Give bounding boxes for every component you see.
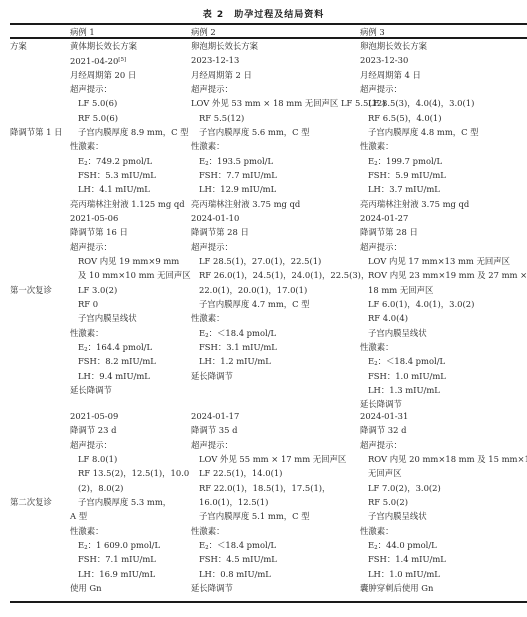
cell-line: RF 26.0(1)，24.5(1)，24.0(1)，22.5(3)， bbox=[191, 268, 369, 282]
cell-line: E2：164.4 pmol/L bbox=[70, 340, 191, 354]
cell-text: LOV 内见 17 mm×13 mm 无回声区 bbox=[368, 256, 510, 266]
cell-line: 月经周期第 2 日 bbox=[191, 68, 386, 82]
cell-line: 降调节 23 d bbox=[70, 423, 189, 437]
case1-section1: 黄体期长效长方案2021-04-20[5]月经周期第 20 日超声提示：LF 5… bbox=[70, 39, 189, 211]
cell-text: E2：＜18.4 pmol/L bbox=[199, 540, 276, 550]
cell-text: 子宫内膜呈线状 bbox=[368, 328, 427, 338]
cell-text: 超声提示： bbox=[360, 440, 402, 450]
cell-text: LH：4.1 mIU/mL bbox=[78, 184, 150, 194]
cell-text: 无回声区 bbox=[368, 468, 402, 478]
cell-line: LF 22.5(1)，14.0(1) bbox=[191, 466, 346, 480]
cell-line: 子宫内膜厚度 5.1 mm，C 型 bbox=[191, 509, 346, 523]
cell-text: E2：44.0 pmol/L bbox=[368, 540, 437, 550]
cell-line: FSH：7.7 mIU/mL bbox=[191, 168, 386, 182]
cell-text: 降调节 23 d bbox=[70, 425, 116, 435]
case1-section3: 2021-05-09降调节 23 d超声提示：LF 8.0(1)RF 13.5(… bbox=[70, 409, 189, 595]
cell-line: RF 6.5(5)，4.0(1) bbox=[360, 111, 479, 125]
cell-line: 超声提示： bbox=[191, 438, 346, 452]
row-label-visit2: 第二次复诊 bbox=[10, 495, 52, 509]
cell-line: 超声提示： bbox=[360, 438, 527, 452]
cell-line: LH：1.0 mIU/mL bbox=[360, 567, 527, 581]
cell-line: 降调节第 16 日 bbox=[70, 225, 191, 239]
cell-text: 22.0(1)，20.0(1)，17.0(1) bbox=[199, 285, 307, 295]
cell-text: 月经周期第 20 日 bbox=[70, 70, 136, 80]
cell-text: LF 3.0(2) bbox=[78, 285, 117, 295]
cell-text: LH：0.8 mIU/mL bbox=[199, 569, 271, 579]
cell-line: 月经周期第 4 日 bbox=[360, 68, 479, 82]
cell-line: 降调节第 28 日 bbox=[360, 225, 527, 239]
cell-line: 2023-12-13 bbox=[191, 53, 386, 67]
cell-line: 延长降调节 bbox=[191, 581, 346, 595]
cell-line: ROV 内见 19 mm×9 mm bbox=[70, 254, 191, 268]
cell-line: 性激素： bbox=[70, 326, 191, 340]
cell-line: LH：12.9 mIU/mL bbox=[191, 182, 386, 196]
cell-text: 2021-05-09 bbox=[70, 411, 118, 421]
cell-text: E2：199.7 pmol/L bbox=[368, 156, 442, 166]
cell-text: 囊肿穿刺后使用 Gn bbox=[360, 583, 433, 593]
cell-line: 子宫内膜厚度 8.9 mm，C 型 bbox=[70, 125, 189, 139]
cell-line: 超声提示： bbox=[191, 240, 369, 254]
cell-line: RF 13.5(2)，12.5(1)，10.0 bbox=[70, 466, 189, 480]
cell-text: FSH：7.7 mIU/mL bbox=[199, 170, 277, 180]
cell-line: 性激素： bbox=[360, 524, 527, 538]
table-title: 表 2 助孕过程及结局资料 bbox=[0, 7, 527, 20]
cell-line: 性激素： bbox=[360, 139, 479, 153]
row-label-plan: 方案 bbox=[10, 39, 27, 53]
cell-text: FSH：3.1 mIU/mL bbox=[199, 342, 277, 352]
cell-text: 性激素： bbox=[360, 342, 394, 352]
cell-line: 使用 Gn bbox=[70, 581, 189, 595]
cell-text: FSH：5.9 mIU/mL bbox=[368, 170, 446, 180]
cell-line: 超声提示： bbox=[70, 240, 191, 254]
cell-line: LH：16.9 mIU/mL bbox=[70, 567, 189, 581]
cell-line: 2024-01-31 bbox=[360, 409, 527, 423]
cell-text: LF 6.0(1)，4.0(1)，3.0(2) bbox=[368, 299, 474, 309]
cell-line: 2021-05-06 bbox=[70, 211, 191, 225]
cell-line: 延长降调节 bbox=[70, 383, 191, 397]
cell-line: 性激素： bbox=[70, 524, 189, 538]
cell-line: 超声提示： bbox=[191, 82, 386, 96]
cell-line: 子宫内膜呈线状 bbox=[70, 311, 191, 325]
cell-line: FSH：5.9 mIU/mL bbox=[360, 168, 479, 182]
cell-text: FSH：7.1 mIU/mL bbox=[78, 554, 156, 564]
cell-text: E2：1 609.0 pmol/L bbox=[78, 540, 160, 550]
cell-text: 子宫内膜厚度 5.6 mm，C 型 bbox=[199, 127, 310, 137]
cell-line: E2：193.5 pmol/L bbox=[191, 154, 386, 168]
cell-line: FSH：5.3 mIU/mL bbox=[70, 168, 189, 182]
cell-line: 子宫内膜呈线状 bbox=[360, 326, 527, 340]
cell-text: 亮丙瑞林注射液 3.75 mg qd bbox=[360, 199, 469, 209]
cell-line: LH：4.1 mIU/mL bbox=[70, 182, 189, 196]
cell-text: 性激素： bbox=[191, 526, 225, 536]
cell-line: LF 28.5(1)，27.0(1)，22.5(1) bbox=[191, 254, 369, 268]
cell-text: 性激素： bbox=[360, 141, 394, 151]
cell-line: 亮丙瑞林注射液 3.75 mg qd bbox=[191, 197, 386, 211]
cell-line: E2：1 609.0 pmol/L bbox=[70, 538, 189, 552]
cell-text: 超声提示： bbox=[360, 84, 402, 94]
cell-text: 超声提示： bbox=[70, 440, 112, 450]
cell-text: E2：＜18.4 pmol/L bbox=[368, 356, 445, 366]
cell-text: 降调节第 28 日 bbox=[191, 227, 249, 237]
case3-section1: 卵泡期长效长方案2023-12-30月经周期第 4 日超声提示：LF 8.5(3… bbox=[360, 39, 479, 211]
cell-line: 超声提示： bbox=[70, 82, 189, 96]
cell-text: 2021-04-20 bbox=[70, 56, 118, 66]
cell-text: 18 mm 无回声区 bbox=[368, 285, 433, 295]
cell-text: 降调节第 16 日 bbox=[70, 227, 128, 237]
cell-text: 延长降调节 bbox=[70, 385, 112, 395]
cell-text: RF 26.0(1)，24.5(1)，24.0(1)，22.5(3)， bbox=[199, 270, 369, 280]
cell-text: LH：12.9 mIU/mL bbox=[199, 184, 276, 194]
cell-line: 子宫内膜厚度 5.3 mm， bbox=[70, 495, 189, 509]
cell-text: 亮丙瑞林注射液 1.125 mg qd bbox=[70, 199, 185, 209]
cell-text: ROV 内见 19 mm×9 mm bbox=[78, 256, 179, 266]
cell-line: 超声提示： bbox=[360, 82, 479, 96]
cell-line: 黄体期长效长方案 bbox=[70, 39, 189, 53]
cell-line: LH：1.3 mIU/mL bbox=[360, 383, 527, 397]
cell-line: 亮丙瑞林注射液 1.125 mg qd bbox=[70, 197, 189, 211]
cell-line: FSH：8.2 mIU/mL bbox=[70, 354, 191, 368]
cell-text: FSH：8.2 mIU/mL bbox=[78, 356, 156, 366]
cell-line: 性激素： bbox=[70, 139, 189, 153]
cell-text: 2024-01-17 bbox=[191, 411, 239, 421]
cell-text: 降调节 35 d bbox=[191, 425, 237, 435]
cell-line: ROV 内见 23 mm×19 mm 及 27 mm × bbox=[360, 268, 527, 282]
citation-ref: [5] bbox=[118, 57, 126, 63]
cell-line: LOV 外见 55 mm × 17 mm 无回声区 bbox=[191, 452, 346, 466]
case2-section2: 2024-01-10降调节第 28 日超声提示：LF 28.5(1)，27.0(… bbox=[191, 211, 369, 383]
cell-text: 16.0(1)，12.5(1) bbox=[199, 497, 268, 507]
cell-line: ROV 内见 20 mm×18 mm 及 15 mm×13 mm bbox=[360, 452, 527, 466]
cell-text: 卵泡期长效长方案 bbox=[191, 41, 258, 51]
cell-line: LOV 外见 53 mm × 18 mm 无回声区 LF 5.5(12) bbox=[191, 96, 386, 110]
top-rule bbox=[10, 23, 527, 25]
cell-text: 超声提示： bbox=[70, 242, 112, 252]
cell-text: LF 5.0(6) bbox=[78, 98, 117, 108]
cell-text: ROV 内见 20 mm×18 mm 及 15 mm×13 mm bbox=[368, 454, 527, 464]
cell-text: 超声提示： bbox=[191, 440, 233, 450]
cell-text: 性激素： bbox=[360, 526, 394, 536]
bottom-rule bbox=[10, 601, 527, 603]
cell-text: (2)，8.0(2) bbox=[78, 483, 123, 493]
cell-line: 超声提示： bbox=[70, 438, 189, 452]
cell-line: 子宫内膜厚度 5.6 mm，C 型 bbox=[191, 125, 386, 139]
cell-line: LH：3.7 mIU/mL bbox=[360, 182, 479, 196]
cell-text: 卵泡期长效长方案 bbox=[360, 41, 427, 51]
cell-line: RF 5.5(12) bbox=[191, 111, 386, 125]
cell-line: LOV 内见 17 mm×13 mm 无回声区 bbox=[360, 254, 527, 268]
cell-text: RF 6.5(5)，4.0(1) bbox=[368, 113, 442, 123]
cell-line: RF 4.0(4) bbox=[360, 311, 527, 325]
cell-text: 2023-12-13 bbox=[191, 55, 239, 65]
cell-line: 2024-01-17 bbox=[191, 409, 346, 423]
cell-text: LH：3.7 mIU/mL bbox=[368, 184, 440, 194]
cell-text: RF 4.0(4) bbox=[368, 313, 408, 323]
cell-text: FSH：1.4 mIU/mL bbox=[368, 554, 446, 564]
cell-line: LF 3.0(2) bbox=[70, 283, 191, 297]
cell-line: 2023-12-30 bbox=[360, 53, 479, 67]
cell-text: 降调节第 28 日 bbox=[360, 227, 418, 237]
cell-line: 18 mm 无回声区 bbox=[360, 283, 527, 297]
cell-line: RF 5.0(6) bbox=[70, 111, 189, 125]
cell-line: 子宫内膜呈线状 bbox=[360, 509, 527, 523]
cell-line: LF 5.0(6) bbox=[70, 96, 189, 110]
cell-line: FSH：1.0 mIU/mL bbox=[360, 369, 527, 383]
cell-line: 降调节 35 d bbox=[191, 423, 346, 437]
row-label-day1: 降调节第 1 日 bbox=[10, 125, 63, 139]
cell-line: 月经周期第 20 日 bbox=[70, 68, 189, 82]
cell-line: 卵泡期长效长方案 bbox=[191, 39, 386, 53]
cell-line: 降调节第 28 日 bbox=[191, 225, 369, 239]
cell-line: E2：199.7 pmol/L bbox=[360, 154, 479, 168]
cell-text: 月经周期第 4 日 bbox=[360, 70, 421, 80]
cell-text: 延长降调节 bbox=[191, 583, 233, 593]
cell-text: 子宫内膜呈线状 bbox=[78, 313, 137, 323]
cell-text: FSH：4.5 mIU/mL bbox=[199, 554, 277, 564]
cell-text: 亮丙瑞林注射液 3.75 mg qd bbox=[191, 199, 300, 209]
cell-text: E2：749.2 pmol/L bbox=[78, 156, 152, 166]
cell-text: 超声提示： bbox=[70, 84, 112, 94]
cell-text: 使用 Gn bbox=[70, 583, 102, 593]
cell-text: 延长降调节 bbox=[191, 371, 233, 381]
cell-text: 性激素： bbox=[70, 141, 104, 151]
cell-line: 2024-01-10 bbox=[191, 211, 369, 225]
cell-text: LOV 外见 55 mm × 17 mm 无回声区 bbox=[199, 454, 346, 464]
cell-text: 子宫内膜厚度 5.3 mm， bbox=[78, 497, 171, 507]
cell-line: 囊肿穿刺后使用 Gn bbox=[360, 581, 527, 595]
cell-text: 月经周期第 2 日 bbox=[191, 70, 252, 80]
cell-line: FSH：3.1 mIU/mL bbox=[191, 340, 369, 354]
cell-text: E2：＜18.4 pmol/L bbox=[199, 328, 276, 338]
cell-text: FSH：1.0 mIU/mL bbox=[368, 371, 446, 381]
cell-line: RF 0 bbox=[70, 297, 191, 311]
cell-line: 子宫内膜厚度 4.7 mm，C 型 bbox=[191, 297, 369, 311]
cell-line: 2021-04-20[5] bbox=[70, 53, 189, 67]
cell-text: LF 8.0(1) bbox=[78, 454, 117, 464]
case3-section2: 2024-01-27降调节第 28 日超声提示：LOV 内见 17 mm×13 … bbox=[360, 211, 527, 412]
cell-line: 22.0(1)，20.0(1)，17.0(1) bbox=[191, 283, 369, 297]
case1-section2: 2021-05-06降调节第 16 日超声提示：ROV 内见 19 mm×9 m… bbox=[70, 211, 191, 397]
cell-line: FSH：4.5 mIU/mL bbox=[191, 552, 346, 566]
cell-text: A 型 bbox=[70, 511, 87, 521]
cell-text: 2024-01-27 bbox=[360, 213, 408, 223]
cell-line: LF 7.0(2)，3.0(2) bbox=[360, 481, 527, 495]
cell-text: E2：193.5 pmol/L bbox=[199, 156, 273, 166]
cell-line: 卵泡期长效长方案 bbox=[360, 39, 479, 53]
row-label-visit1: 第一次复诊 bbox=[10, 283, 52, 297]
cell-text: 超声提示： bbox=[191, 242, 233, 252]
cell-text: 性激素： bbox=[70, 526, 104, 536]
cell-text: LH：1.3 mIU/mL bbox=[368, 385, 440, 395]
cell-text: 子宫内膜厚度 4.7 mm，C 型 bbox=[199, 299, 310, 309]
cell-line: E2：44.0 pmol/L bbox=[360, 538, 527, 552]
cell-text: FSH：5.3 mIU/mL bbox=[78, 170, 156, 180]
cell-line: 16.0(1)，12.5(1) bbox=[191, 495, 346, 509]
cell-text: RF 5.0(6) bbox=[78, 113, 118, 123]
cell-line: LH：9.4 mIU/mL bbox=[70, 369, 191, 383]
cell-text: 黄体期长效长方案 bbox=[70, 41, 137, 51]
cell-text: 子宫内膜厚度 5.1 mm，C 型 bbox=[199, 511, 310, 521]
cell-line: E2：749.2 pmol/L bbox=[70, 154, 189, 168]
cell-text: RF 13.5(2)，12.5(1)，10.0 bbox=[78, 468, 189, 478]
cell-line: 超声提示： bbox=[360, 240, 527, 254]
cell-text: RF 22.0(1)，18.5(1)，17.5(1)， bbox=[199, 483, 330, 493]
cell-text: RF 0 bbox=[78, 299, 98, 309]
cell-line: 性激素： bbox=[191, 311, 369, 325]
cell-line: (2)，8.0(2) bbox=[70, 481, 189, 495]
cell-text: E2：164.4 pmol/L bbox=[78, 342, 152, 352]
cell-line: RF 5.0(2) bbox=[360, 495, 527, 509]
cell-text: 降调节 32 d bbox=[360, 425, 406, 435]
cell-line: 性激素： bbox=[191, 139, 386, 153]
cell-line: LH：0.8 mIU/mL bbox=[191, 567, 346, 581]
case3-section3: 2024-01-31降调节 32 d超声提示：ROV 内见 20 mm×18 m… bbox=[360, 409, 527, 595]
cell-text: 及 10 mm×10 mm 无回声区 bbox=[78, 270, 191, 280]
cell-text: 性激素： bbox=[191, 313, 225, 323]
cell-line: 及 10 mm×10 mm 无回声区 bbox=[70, 268, 191, 282]
cell-line: E2：＜18.4 pmol/L bbox=[360, 354, 527, 368]
cell-line: 延长降调节 bbox=[191, 369, 369, 383]
cell-text: 性激素： bbox=[70, 328, 104, 338]
cell-text: 超声提示： bbox=[360, 242, 402, 252]
cell-text: 子宫内膜呈线状 bbox=[368, 511, 427, 521]
cell-line: LH：1.2 mIU/mL bbox=[191, 354, 369, 368]
cell-line: 亮丙瑞林注射液 3.75 mg qd bbox=[360, 197, 479, 211]
cell-text: RF 5.5(12) bbox=[199, 113, 244, 123]
cell-line: 性激素： bbox=[360, 340, 527, 354]
cell-line: E2：＜18.4 pmol/L bbox=[191, 326, 369, 340]
cell-text: LF 22.5(1)，14.0(1) bbox=[199, 468, 282, 478]
cell-text: LH：9.4 mIU/mL bbox=[78, 371, 150, 381]
cell-text: LF 28.5(1)，27.0(1)，22.5(1) bbox=[199, 256, 321, 266]
cell-line: 性激素： bbox=[191, 524, 346, 538]
cell-text: 子宫内膜厚度 4.8 mm，C 型 bbox=[368, 127, 479, 137]
cell-text: LF 7.0(2)，3.0(2) bbox=[368, 483, 441, 493]
cell-line: 降调节 32 d bbox=[360, 423, 527, 437]
cell-line: RF 22.0(1)，18.5(1)，17.5(1)， bbox=[191, 481, 346, 495]
cell-text: 2024-01-10 bbox=[191, 213, 239, 223]
cell-line: LF 8.5(3)，4.0(4)，3.0(1) bbox=[360, 96, 479, 110]
cell-text: 2024-01-31 bbox=[360, 411, 408, 421]
cell-line: FSH：7.1 mIU/mL bbox=[70, 552, 189, 566]
case2-section1: 卵泡期长效长方案2023-12-13月经周期第 2 日超声提示：LOV 外见 5… bbox=[191, 39, 386, 211]
cell-line: 无回声区 bbox=[360, 466, 527, 480]
cell-text: 子宫内膜厚度 8.9 mm，C 型 bbox=[78, 127, 189, 137]
cell-line: 2024-01-27 bbox=[360, 211, 527, 225]
cell-text: LH：1.0 mIU/mL bbox=[368, 569, 440, 579]
cell-line: 2021-05-09 bbox=[70, 409, 189, 423]
cell-text: LH：16.9 mIU/mL bbox=[78, 569, 155, 579]
cell-line: FSH：1.4 mIU/mL bbox=[360, 552, 527, 566]
cell-line: LF 6.0(1)，4.0(1)，3.0(2) bbox=[360, 297, 527, 311]
cell-line: E2：＜18.4 pmol/L bbox=[191, 538, 346, 552]
cell-text: 超声提示： bbox=[191, 84, 233, 94]
cell-line: 子宫内膜厚度 4.8 mm，C 型 bbox=[360, 125, 479, 139]
cell-text: 延长降调节 bbox=[360, 399, 402, 409]
cell-line: LF 8.0(1) bbox=[70, 452, 189, 466]
cell-line: A 型 bbox=[70, 509, 189, 523]
cell-text: 2023-12-30 bbox=[360, 55, 408, 65]
cell-text: RF 5.0(2) bbox=[368, 497, 408, 507]
cell-text: LOV 外见 53 mm × 18 mm 无回声区 LF 5.5(12) bbox=[191, 98, 386, 108]
cell-text: ROV 内见 23 mm×19 mm 及 27 mm × bbox=[368, 270, 527, 280]
cell-text: 性激素： bbox=[191, 141, 225, 151]
cell-text: LF 8.5(3)，4.0(4)，3.0(1) bbox=[368, 98, 474, 108]
case2-section3: 2024-01-17降调节 35 d超声提示：LOV 外见 55 mm × 17… bbox=[191, 409, 346, 595]
cell-text: 2021-05-06 bbox=[70, 213, 118, 223]
cell-text: LH：1.2 mIU/mL bbox=[199, 356, 271, 366]
